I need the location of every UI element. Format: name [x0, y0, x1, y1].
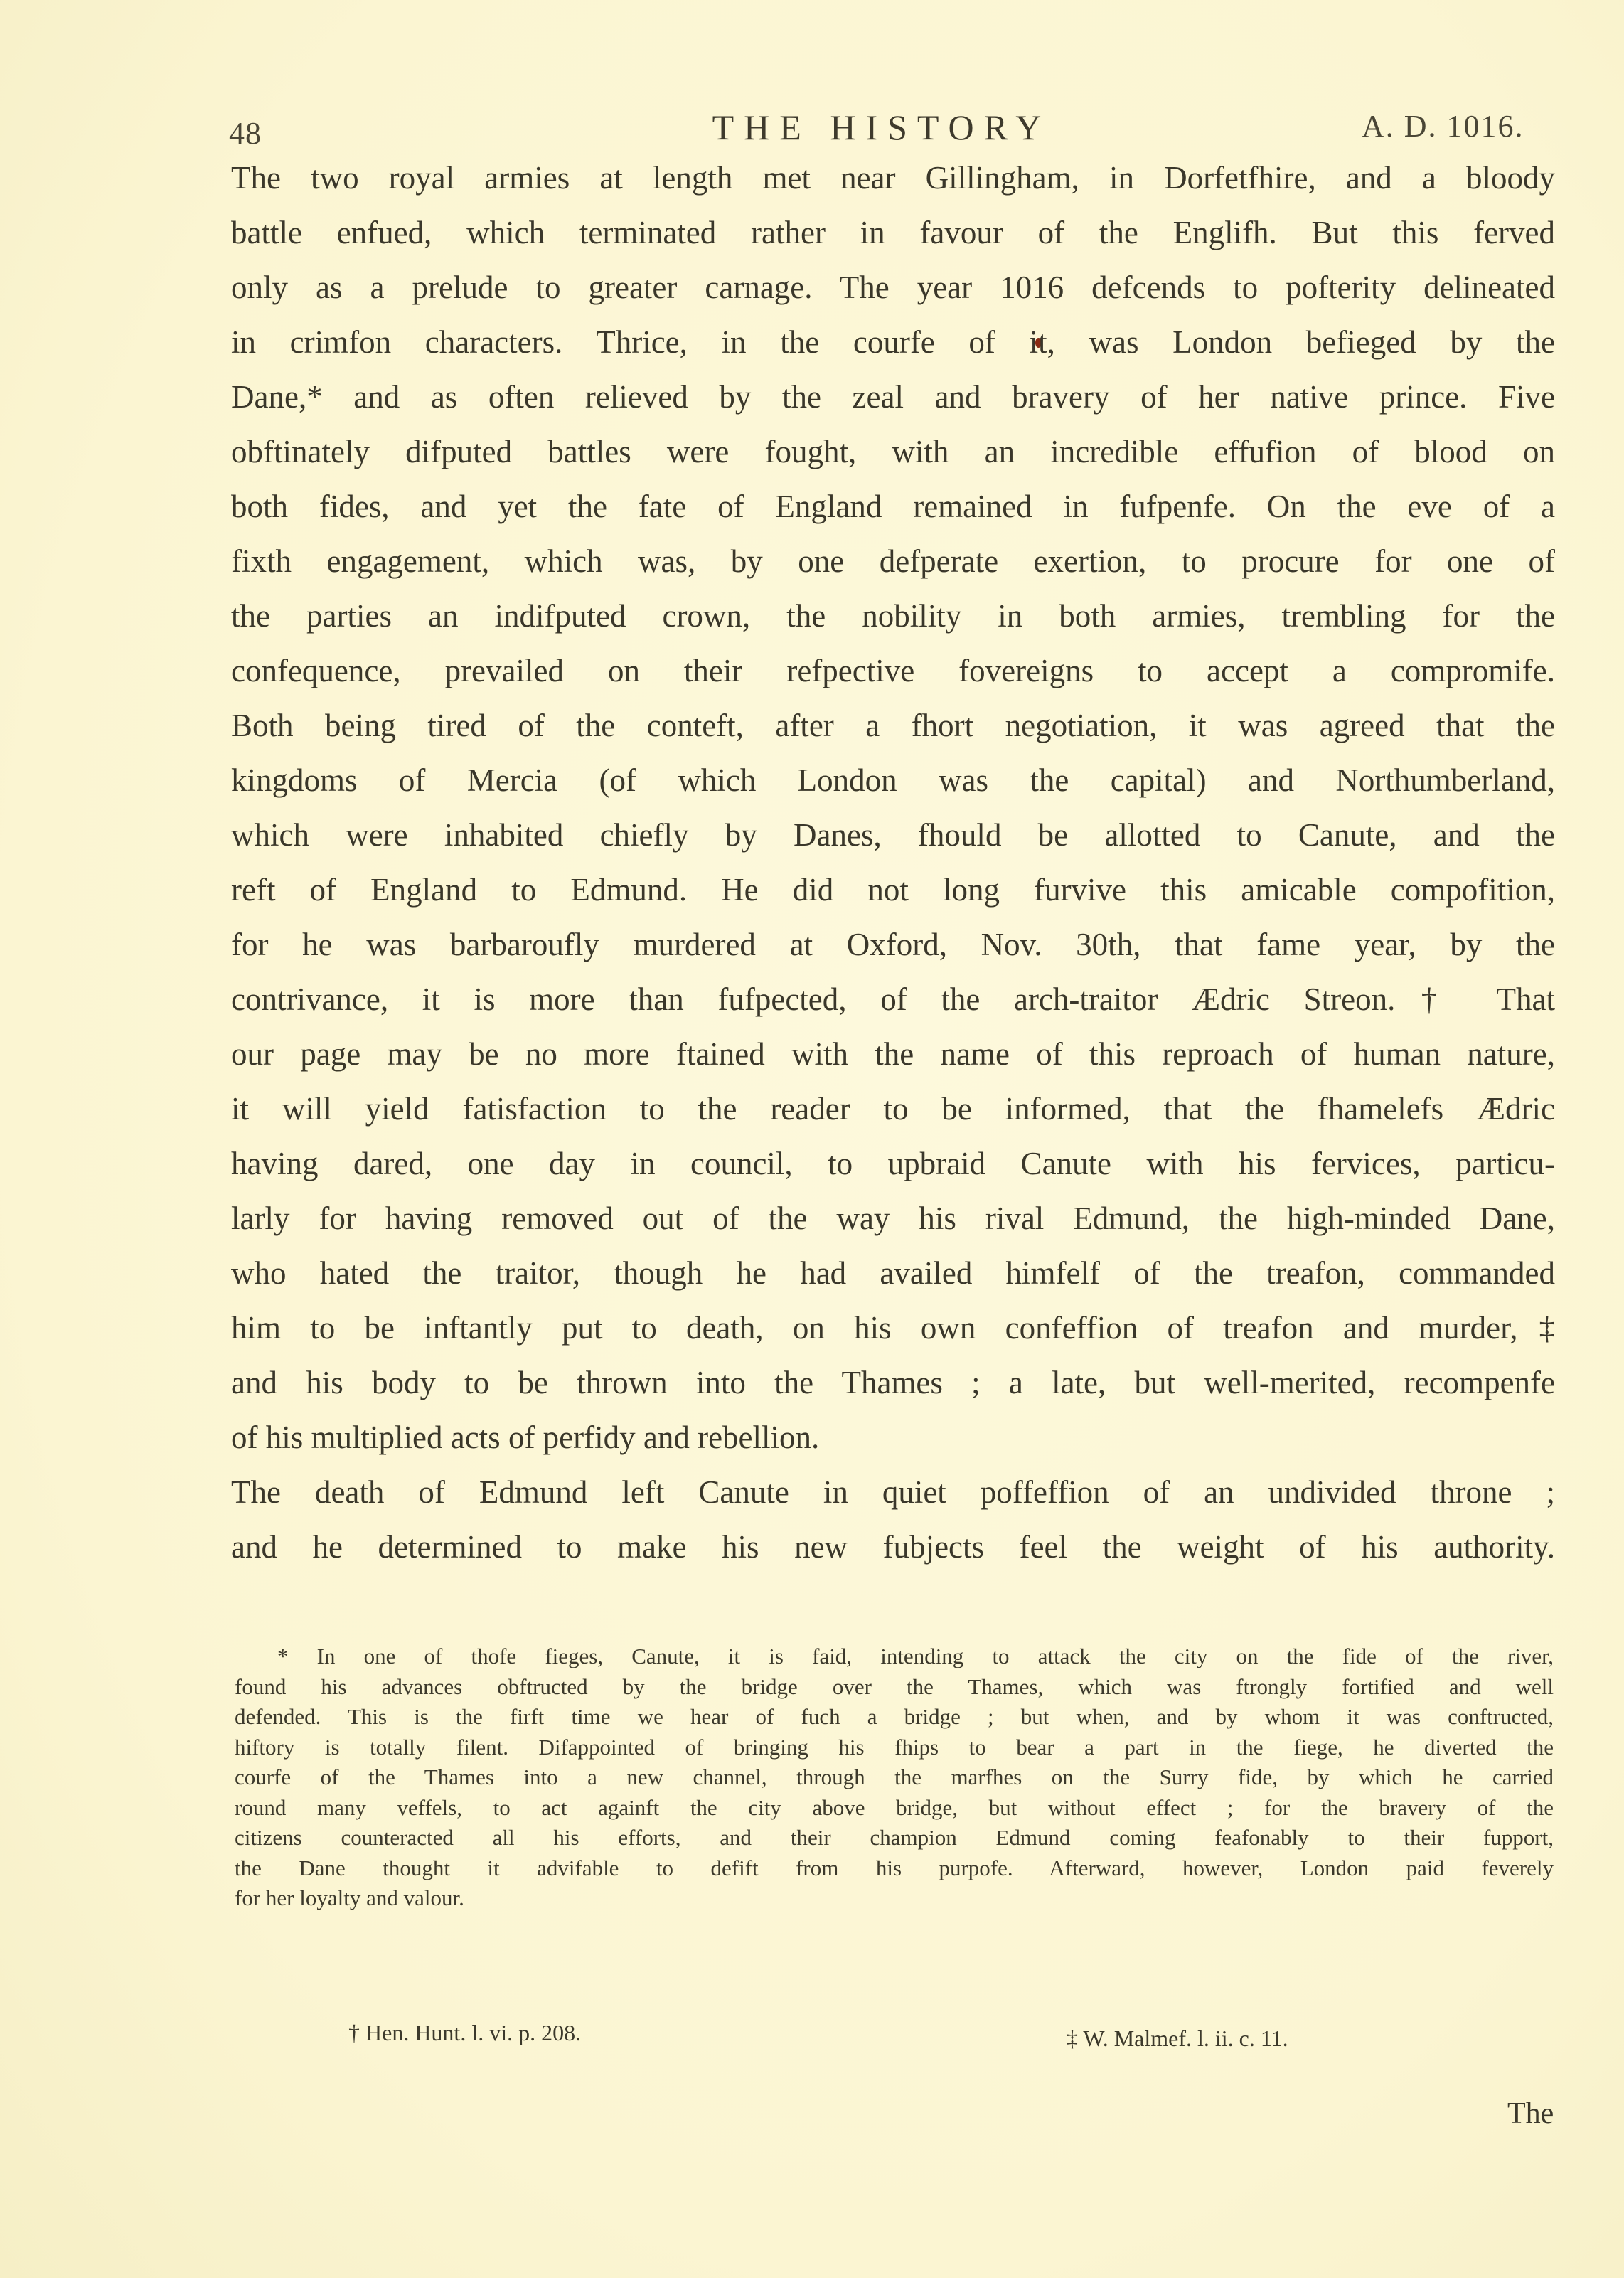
running-title: THE HISTORY [683, 107, 1081, 148]
body-line: having dared, one day in council, to upb… [231, 1137, 1555, 1191]
footnote-star-line: citizens counteracted all his efforts, a… [235, 1823, 1554, 1853]
running-date: A. D. 1016. [1362, 108, 1524, 144]
catchword: The [1507, 2097, 1554, 2131]
body-line: and he determined to make his new fubjec… [231, 1520, 1555, 1575]
footnote-star-line: the Dane thought it advifable to defift … [235, 1853, 1554, 1884]
body-line: only as a prelude to greater carnage. Th… [231, 260, 1555, 315]
body-line: and his body to be thrown into the Thame… [231, 1356, 1555, 1410]
running-head: 48 THE HISTORY A. D. 1016. [0, 107, 1624, 156]
body-line: it will yield fatisfaction to the reader… [231, 1082, 1555, 1137]
footnote-star-line: found his advances obftructed by the bri… [235, 1672, 1554, 1703]
body-line: the parties an indifputed crown, the nob… [231, 589, 1555, 644]
footnote-star-line: hiftory is totally filent. Difappointed … [235, 1733, 1554, 1763]
body-line: kingdoms of Mercia (of which London was … [231, 753, 1555, 808]
footnote-star-line: courfe of the Thames into a new channel,… [235, 1762, 1554, 1793]
body-line: who hated the traitor, though he had ava… [231, 1246, 1555, 1301]
footnotes: * In one of thofe fieges, Canute, it is … [235, 1641, 1554, 1914]
body-line: reft of England to Edmund. He did not lo… [231, 863, 1555, 917]
footnote-citations: † Hen. Hunt. l. vi. p. 208. ‡ W. Malmef.… [0, 2020, 1624, 2063]
body-line: confequence, prevailed on their refpecti… [231, 644, 1555, 698]
body-line: Both being tired of the conteft, after a… [231, 698, 1555, 753]
body-line-paragraph-start: The death of Edmund left Canute in quiet… [231, 1465, 1555, 1520]
body-line: fixth engagement, which was, by one defp… [231, 534, 1555, 589]
footnote-star-line: defended. This is the firft time we hear… [235, 1702, 1554, 1733]
body-text: The two royal armies at length met near … [231, 151, 1555, 1575]
footnote-dagger-citation: † Hen. Hunt. l. vi. p. 208. [348, 2020, 581, 2046]
body-line: for he was barbaroufly murdered at Oxfor… [231, 917, 1555, 972]
footnote-star-line: for her loyalty and valour. [235, 1883, 1554, 1914]
body-line: contrivance, it is more than fufpected, … [231, 972, 1555, 1027]
footnote-double-dagger-citation: ‡ W. Malmef. l. ii. c. 11. [1067, 2026, 1288, 2052]
body-line: The two royal armies at length met near … [231, 151, 1555, 206]
body-line-paragraph-end: of his multiplied acts of perfidy and re… [231, 1410, 1555, 1465]
page-number: 48 [229, 115, 262, 151]
body-line: larly for having removed out of the way … [231, 1191, 1555, 1246]
body-line: battle enfued, which terminated rather i… [231, 206, 1555, 260]
body-line: which were inhabited chiefly by Danes, f… [231, 808, 1555, 863]
body-line: our page may be no more ftained with the… [231, 1027, 1555, 1082]
footnote-star-line: round many veffels, to act againft the c… [235, 1793, 1554, 1824]
body-line: obftinately difputed battles were fought… [231, 425, 1555, 479]
body-line: Dane,* and as often relieved by the zeal… [231, 370, 1555, 425]
body-line: in crimfon characters. Thrice, in the co… [231, 315, 1555, 370]
body-line: him to be inftantly put to death, on his… [231, 1301, 1555, 1356]
body-line: both fides, and yet the fate of England … [231, 479, 1555, 534]
footnote-star-line: * In one of thofe fieges, Canute, it is … [235, 1641, 1554, 1672]
